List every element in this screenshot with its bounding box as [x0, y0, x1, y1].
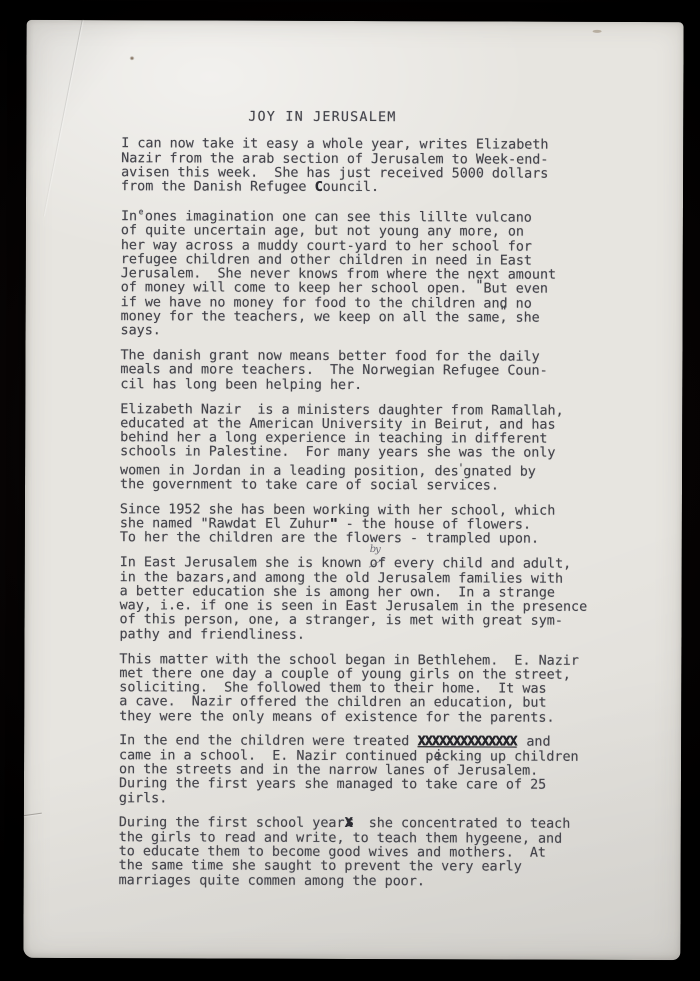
- paragraph: During the first school yearXs she conce…: [119, 817, 649, 890]
- paragraph: The danish grant now means better food f…: [120, 349, 650, 394]
- paper-crease-diagonal: [43, 20, 83, 216]
- document-title: JOY IN JERUSALEM: [248, 111, 651, 127]
- paragraph: I can now take it easy a whole year, wri…: [121, 137, 651, 196]
- paper-crease-left-edge: [24, 813, 42, 816]
- overstrike-character: Xs: [345, 817, 353, 831]
- paper-speck: [129, 56, 134, 60]
- paragraph: This matter with the school began in Bet…: [119, 653, 649, 726]
- typewritten-page: JOY IN JERUSALEM I can now take it easy …: [23, 20, 683, 960]
- paragraph: Elizabeth Nazir is a ministers daughter …: [120, 403, 650, 495]
- pencil-correction: by: [370, 545, 380, 555]
- overstrike-character: ei: [433, 750, 441, 764]
- paragraph: Since 1952 she has been working with her…: [120, 503, 650, 548]
- document-content: JOY IN JERUSALEM I can now take it easy …: [119, 110, 652, 900]
- document-body: I can now take it easy a whole year, wri…: [119, 137, 652, 890]
- paper-speck: [593, 30, 602, 33]
- photo-background: { "page": { "background_color": "#070404…: [0, 0, 700, 981]
- paragraph: In the end the children were treated XXX…: [119, 735, 649, 808]
- paragraph: Ineones imagination one can see this lil…: [121, 205, 651, 341]
- paragraph: In East Jerusalem she is known ofby ever…: [119, 556, 649, 644]
- corrected-word: ofby: [370, 557, 386, 571]
